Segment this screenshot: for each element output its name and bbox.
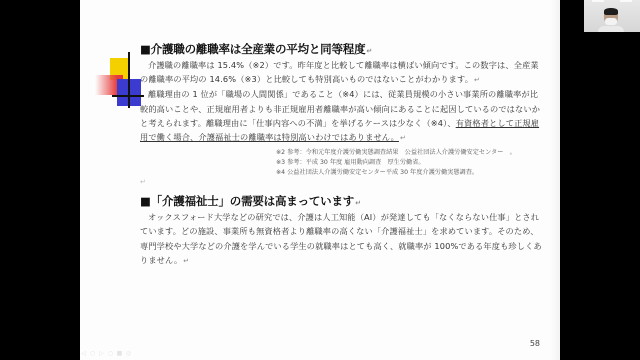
ceiling-light <box>620 0 632 2</box>
section1-heading: ■介護職の離職率は全産業の平均と同等程度↵ <box>140 42 550 58</box>
body-line: 専門学校や大学などの介護を学んでいる学生の就職率はとても高く、就職率が 100%… <box>140 239 550 253</box>
body-line: オックスフォード大学などの研究では、介護は人工知能（AI）が発達しても「なくなら… <box>140 210 550 224</box>
slide-edge <box>550 0 560 360</box>
footnotes: ※2 参考：令和元年度介護労働実態調査結果 公益社団法人介護労働安定センター 。… <box>140 148 550 178</box>
presenter-mask <box>605 18 617 25</box>
section1-body: 介護職の離職率は 15.4%（※2）です。昨年度と比較して離職率は横ばい傾向です… <box>140 58 550 145</box>
paragraph-mark-icon: ↵ <box>366 47 372 55</box>
section2-body: オックスフォード大学などの研究では、介護は人工知能（AI）が発達しても「なくなら… <box>140 210 550 268</box>
footnote: ※4 公益社団法人介護労働安定センター平成 30 年度介護労働実態調査。 <box>276 168 550 178</box>
logo-vertical-line <box>128 52 130 108</box>
paragraph-mark-icon: ↵ <box>400 134 406 142</box>
body-line: と考えられます。離職理由に「仕事内容への不満」を挙げるケースは少なく（※4）、有… <box>140 116 550 130</box>
underlined-text: 有資格者として正規雇 <box>456 118 539 128</box>
pen-icon[interactable]: ○ <box>107 350 114 357</box>
webcam-thumbnail[interactable] <box>584 0 640 32</box>
body-line-text: の離職率の平均の 14.6%（※3）と比較しても特別高いものではないことがわかり… <box>140 74 473 84</box>
body-line: ています。どの施設、事業所も無資格者より離職率の高くない「介護福祉士」を求めてい… <box>140 224 550 238</box>
body-line: りません。↵ <box>140 253 550 268</box>
decorative-logo <box>88 52 128 107</box>
presenter-hair <box>604 8 618 15</box>
body-line-text: と考えられます。離職理由に「仕事内容への不満」を挙げるケースは少なく（※4）、 <box>140 118 456 128</box>
zoom-icon[interactable]: ■ <box>116 350 123 357</box>
body-line: 用で働く場合、介護福祉士の離職率は特別高いわけではありません。↵ <box>140 130 550 145</box>
ceiling-light <box>592 0 604 2</box>
square-bullet-icon: ■ <box>140 194 151 208</box>
section2: ■「介護福祉士」の需要は高まっています↵ オックスフォード大学などの研究では、介… <box>140 194 550 268</box>
paragraph-mark-icon: ↵ <box>355 199 361 207</box>
section2-heading-text: 「介護福祉士」の需要は高まっています <box>151 194 354 208</box>
empty-paragraph: ↵ <box>140 178 550 192</box>
page-number: 58 <box>530 339 540 348</box>
body-line: 離職理由の 1 位が「職場の人間関係」であること（※4）には、従業員規模の小さい… <box>140 87 550 101</box>
body-line: 介護職の離職率は 15.4%（※2）です。昨年度と比較して離職率は横ばい傾向です… <box>140 58 550 72</box>
slideshow-toolbar: ◁ ○ ▷ ○ ■ ◎ <box>80 350 132 357</box>
section2-heading: ■「介護福祉士」の需要は高まっています↵ <box>140 194 550 210</box>
underlined-text: 用で働く場合、介護福祉士の離職率は特別高いわけではありません。 <box>140 132 399 142</box>
footnote: ※3 参考：平成 30 年度 雇用動向調査 厚生労働省。 <box>276 158 550 168</box>
presentation-screen: ■介護職の離職率は全産業の平均と同等程度↵ 介護職の離職率は 15.4%（※2）… <box>0 0 640 360</box>
body-line: の離職率の平均の 14.6%（※3）と比較しても特別高いものではないことがわかり… <box>140 72 550 87</box>
section1-heading-text: 介護職の離職率は全産業の平均と同等程度 <box>151 42 366 56</box>
prev-icon[interactable]: ○ <box>89 350 96 357</box>
pointer-icon[interactable]: ◁ <box>80 350 87 357</box>
square-bullet-icon: ■ <box>140 42 151 56</box>
more-icon[interactable]: ◎ <box>125 350 132 357</box>
footnote: ※2 参考：令和元年度介護労働実態調査結果 公益社団法人介護労働安定センター 。 <box>276 148 550 158</box>
presenter-body <box>598 26 624 32</box>
next-icon[interactable]: ▷ <box>98 350 105 357</box>
paragraph-mark-icon: ↵ <box>183 257 189 265</box>
slide-content: ■介護職の離職率は全産業の平均と同等程度↵ 介護職の離職率は 15.4%（※2）… <box>140 42 550 268</box>
slide: ■介護職の離職率は全産業の平均と同等程度↵ 介護職の離職率は 15.4%（※2）… <box>80 0 560 360</box>
paragraph-mark-icon: ↵ <box>474 76 480 84</box>
body-line-text: りません。 <box>140 255 182 265</box>
body-line: 較的高いことや、正規雇用者よりも非正規雇用者離職率が高い傾向にあることに起因して… <box>140 102 550 116</box>
